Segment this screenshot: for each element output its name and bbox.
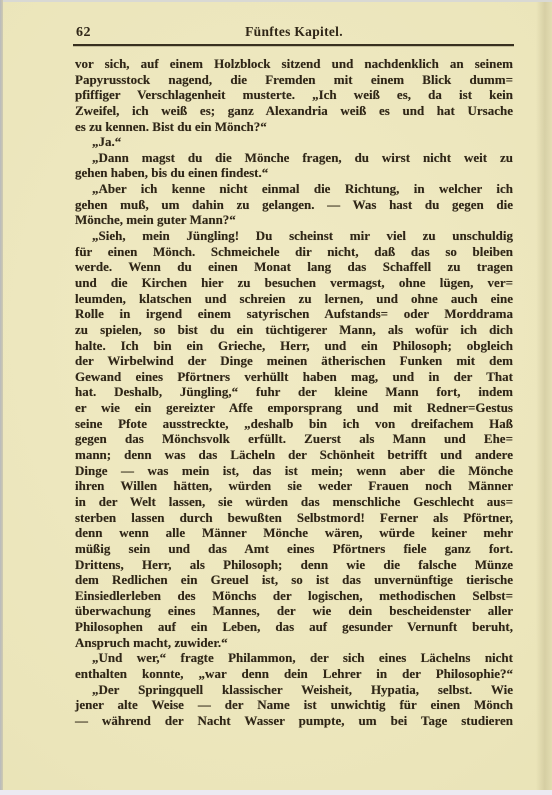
- text-line: Anspruch macht, zuwider.“: [75, 635, 513, 651]
- text-line: „Aber ich kenne nicht einmal die Richtun…: [75, 181, 513, 197]
- text-line: werde. Wenn du einen Monat lang das Scha…: [75, 259, 513, 275]
- text-line: Gewand eines Pförtners verhüllt haben ma…: [75, 369, 513, 385]
- scan-edge-left: [0, 0, 3, 795]
- text-line: Rolle in irgend einem satyrischen Aufsta…: [75, 306, 513, 322]
- page-number: 62: [76, 25, 91, 41]
- text-line: leumden, klatschen und schreien zu lerne…: [75, 291, 513, 307]
- text-line: — während der Nacht Wasser pumpte, um be…: [75, 713, 513, 729]
- text-line: ihren Willen hätten, würden sie weder Fr…: [75, 478, 513, 494]
- text-line: Drittens, Herr, als Philosoph; denn wie …: [75, 557, 513, 573]
- text-line: es zu kennen. Bist du ein Mönch?“: [75, 119, 513, 135]
- scan-edge-top: [0, 0, 552, 2]
- text-line: sterben lassen durch bewußten Selbstmord…: [75, 510, 513, 526]
- text-line: gehen muß, um dahin zu gelangen. — Was h…: [75, 197, 513, 213]
- header-rule: [73, 44, 514, 46]
- text-line: und die Kirchen hier zu besuchen vermags…: [75, 275, 513, 291]
- text-line: er wie ein gereizter Affe emporsprang un…: [75, 400, 513, 416]
- text-line: Einsiedlerleben des Mönchs der logischen…: [75, 588, 513, 604]
- page-header: 62 Fünftes Kapitel.: [75, 24, 513, 41]
- text-line: „Der Springquell klassischer Weisheit, H…: [75, 682, 513, 698]
- page-edge-shadow: [536, 2, 552, 790]
- text-line: „Ja.“: [75, 134, 513, 150]
- text-line: Philosophen auf ein Leben, das auf gesun…: [75, 619, 513, 635]
- text-line: in der Welt lassen, sie würden das mensc…: [75, 494, 513, 510]
- text-line: dem Redlichen ein Greuel ist, so ist das…: [75, 572, 513, 588]
- text-line: jener alte Weise — der Name ist unwichti…: [75, 697, 513, 713]
- text-line: überwachung eines Mannes, der wie dein b…: [75, 603, 513, 619]
- scanned-book-page: 62 Fünftes Kapitel. vor sich, auf einem …: [0, 0, 552, 795]
- text-line: hat. Deshalb, Jüngling,“ fuhr der kleine…: [75, 384, 513, 400]
- text-line: Papyrusstock nagend, die Fremden mit ein…: [75, 72, 513, 88]
- text-line: „Sieh, mein Jüngling! Du scheinst mir vi…: [75, 228, 513, 244]
- text-line: gegen das Mönchsvolk erfüllt. Zuerst als…: [75, 431, 513, 447]
- text-line: für einen Mönch. Schmeichele dir nicht, …: [75, 244, 513, 260]
- text-line: denn wenn alle Männer Mönche wären, würd…: [75, 525, 513, 541]
- text-line: mann; denn was das Lächeln der Schönheit…: [75, 447, 513, 463]
- text-line: enthalten konnte, „war denn dein Lehrer …: [75, 666, 513, 682]
- chapter-title: Fünftes Kapitel.: [75, 24, 513, 40]
- text-line: Mönche, mein guter Mann?“: [75, 212, 513, 228]
- text-line: seine Pfote ausstreckte, „deshalb bin ic…: [75, 416, 513, 432]
- text-line: der Wirbelwind der Dinge meinen ätherisc…: [75, 353, 513, 369]
- text-line: Dinge — was mein ist, das ist mein; wenn…: [75, 463, 513, 479]
- text-line: Zweifel, ich weiß es; ganz Alexandria we…: [75, 103, 513, 119]
- text-line: halte. Ich bin ein Grieche, Herr, und ei…: [75, 338, 513, 354]
- text-line: gehen haben, bis du einen findest.“: [75, 165, 513, 181]
- text-line: vor sich, auf einem Holzblock sitzend un…: [75, 56, 513, 72]
- page-body: vor sich, auf einem Holzblock sitzend un…: [75, 56, 513, 729]
- scan-edge-bottom: [0, 790, 552, 795]
- text-line: „Dann magst du die Mönche fragen, du wir…: [75, 150, 513, 166]
- text-line: müßig sein und das Amt eines Pförtners f…: [75, 541, 513, 557]
- text-line: zu spielen, so bist du ein tüchtigerer M…: [75, 322, 513, 338]
- text-line: pfiffiger Verschlagenheit musterte. „Ich…: [75, 87, 513, 103]
- text-line: „Und wer,“ fragte Philammon, der sich ei…: [75, 650, 513, 666]
